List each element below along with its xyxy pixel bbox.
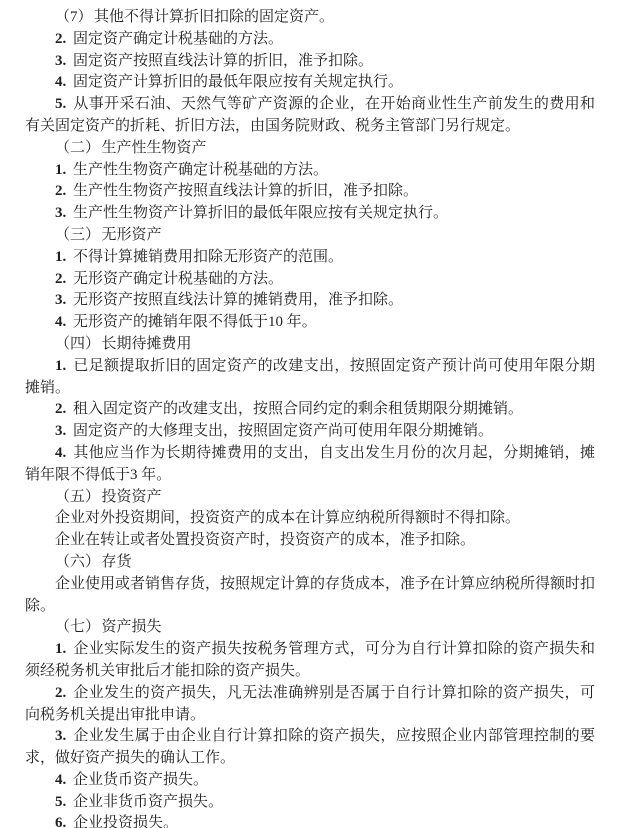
paragraph-text: 固定资产的大修理支出，按照固定资产尚可使用年限分期摊销。 bbox=[73, 423, 493, 439]
paragraph: （六）存货 bbox=[25, 552, 595, 574]
paragraph: 1.生产性生物资产确定计税基础的方法。 bbox=[25, 160, 595, 182]
paragraph-text: 企业发生的资产损失，凡无法准确辨别是否属于自行计算扣除的资产损失，可向税务机关提… bbox=[25, 685, 595, 723]
paragraph-text: 企业发生属于由企业自行计算扣除的资产损失，应按照企业内部管理控制的要求，做好资产… bbox=[25, 728, 595, 766]
paragraph-marker: 1. bbox=[55, 641, 66, 657]
paragraph: （三）无形资产 bbox=[25, 225, 595, 247]
paragraph-text: 资产损失 bbox=[102, 619, 162, 635]
paragraph: 3.固定资产的大修理支出，按照固定资产尚可使用年限分期摊销。 bbox=[25, 421, 595, 443]
paragraph-marker: 2. bbox=[55, 31, 66, 47]
paragraph: 4.固定资产计算折旧的最低年限应按有关规定执行。 bbox=[25, 72, 595, 94]
paragraph-text: 其他应当作为长期待摊费用的支出，自支出发生月份的次月起，分期摊销，摊销年限不得低… bbox=[25, 445, 595, 483]
paragraph: 5.企业非货币资产损失。 bbox=[25, 792, 595, 814]
paragraph-text: 企业投资损失。 bbox=[73, 815, 178, 828]
paragraph-text: 生产性生物资产 bbox=[102, 140, 207, 156]
document-page: （7）其他不得计算折旧扣除的固定资产。 2.固定资产确定计税基础的方法。 3.固… bbox=[0, 0, 620, 828]
paragraph-marker: 3. bbox=[55, 423, 66, 439]
paragraph-text: 投资资产 bbox=[102, 489, 162, 505]
paragraph-marker: 4. bbox=[55, 772, 66, 788]
paragraph: 3.无形资产按照直线法计算的摊销费用，准予扣除。 bbox=[25, 290, 595, 312]
paragraph-marker: （七） bbox=[55, 619, 100, 635]
paragraph: （四）长期待摊费用 bbox=[25, 334, 595, 356]
paragraph: 企业在转让或者处置投资资产时，投资资产的成本，准予扣除。 bbox=[25, 530, 595, 552]
paragraph-text: 无形资产按照直线法计算的摊销费用，准予扣除。 bbox=[73, 292, 403, 308]
paragraph-text: 企业在转让或者处置投资资产时，投资资产的成本，准予扣除。 bbox=[55, 532, 475, 548]
paragraph: （7）其他不得计算折旧扣除的固定资产。 bbox=[25, 7, 595, 29]
paragraph: 4.企业货币资产损失。 bbox=[25, 770, 595, 792]
paragraph-text: 企业实际发生的资产损失按税务管理方式，可分为自行计算扣除的资产损失和须经税务机关… bbox=[25, 641, 595, 679]
paragraph-text: 租入固定资产的改建支出，按照合同约定的剩余租赁期限分期摊销。 bbox=[73, 401, 523, 417]
paragraph-marker: 2. bbox=[55, 401, 66, 417]
paragraph-marker: 4. bbox=[55, 314, 66, 330]
paragraph: 4.无形资产的摊销年限不得低于10 年。 bbox=[25, 312, 595, 334]
paragraph: 4.其他应当作为长期待摊费用的支出，自支出发生月份的次月起，分期摊销，摊销年限不… bbox=[25, 443, 595, 487]
paragraph-text: 其他不得计算折旧扣除的固定资产。 bbox=[94, 9, 334, 25]
paragraph-marker: 4. bbox=[55, 74, 66, 90]
paragraph-text: 企业货币资产损失。 bbox=[73, 772, 208, 788]
paragraph: 2.无形资产确定计税基础的方法。 bbox=[25, 269, 595, 291]
paragraph-text: 已足额提取折旧的固定资产的改建支出，按照固定资产预计尚可使用年限分期摊销。 bbox=[25, 358, 595, 396]
paragraph: 3.固定资产按照直线法计算的折旧，准予扣除。 bbox=[25, 51, 595, 73]
paragraph: 2.生产性生物资产按照直线法计算的折旧，准予扣除。 bbox=[25, 181, 595, 203]
paragraph-text: 固定资产确定计税基础的方法。 bbox=[73, 31, 283, 47]
paragraph-marker: （三） bbox=[55, 227, 100, 243]
paragraph-marker: 2. bbox=[55, 183, 66, 199]
paragraph: 5.从事开采石油、天然气等矿产资源的企业，在开始商业性生产前发生的费用和有关固定… bbox=[25, 94, 595, 138]
paragraph-text: 企业对外投资期间，投资资产的成本在计算应纳税所得额时不得扣除。 bbox=[55, 510, 520, 526]
paragraph-marker: （四） bbox=[55, 336, 100, 352]
paragraph-marker: 3. bbox=[55, 53, 66, 69]
document-body: （7）其他不得计算折旧扣除的固定资产。 2.固定资产确定计税基础的方法。 3.固… bbox=[25, 7, 595, 828]
paragraph-text: 企业使用或者销售存货，按照规定计算的存货成本，准予在计算应纳税所得额时扣除。 bbox=[25, 576, 595, 614]
paragraph-text: 无形资产确定计税基础的方法。 bbox=[73, 271, 283, 287]
paragraph: 企业对外投资期间，投资资产的成本在计算应纳税所得额时不得扣除。 bbox=[25, 508, 595, 530]
paragraph-text: 固定资产按照直线法计算的折旧，准予扣除。 bbox=[73, 53, 373, 69]
paragraph-text: 不得计算摊销费用扣除无形资产的范围。 bbox=[73, 249, 343, 265]
paragraph: 2.租入固定资产的改建支出，按照合同约定的剩余租赁期限分期摊销。 bbox=[25, 399, 595, 421]
paragraph: （五）投资资产 bbox=[25, 487, 595, 509]
paragraph-marker: 6. bbox=[55, 815, 66, 828]
paragraph-text: 生产性生物资产确定计税基础的方法。 bbox=[73, 162, 328, 178]
paragraph-marker: 2. bbox=[55, 685, 66, 701]
paragraph: 3.企业发生属于由企业自行计算扣除的资产损失，应按照企业内部管理控制的要求，做好… bbox=[25, 726, 595, 770]
paragraph-text: 生产性生物资产按照直线法计算的折旧，准予扣除。 bbox=[73, 183, 418, 199]
paragraph-marker: （六） bbox=[55, 554, 100, 570]
paragraph: 1.不得计算摊销费用扣除无形资产的范围。 bbox=[25, 247, 595, 269]
paragraph-marker: （7） bbox=[55, 9, 93, 25]
paragraph-text: 长期待摊费用 bbox=[102, 336, 192, 352]
paragraph: 1.已足额提取折旧的固定资产的改建支出，按照固定资产预计尚可使用年限分期摊销。 bbox=[25, 356, 595, 400]
paragraph-text: 从事开采石油、天然气等矿产资源的企业，在开始商业性生产前发生的费用和有关固定资产… bbox=[25, 96, 595, 134]
paragraph-text: 生产性生物资产计算折旧的最低年限应按有关规定执行。 bbox=[73, 205, 448, 221]
paragraph-marker: 1. bbox=[55, 249, 66, 265]
paragraph-text: 企业非货币资产损失。 bbox=[73, 794, 223, 810]
paragraph-marker: 5. bbox=[55, 794, 66, 810]
paragraph-text: 存货 bbox=[102, 554, 132, 570]
paragraph: 1.企业实际发生的资产损失按税务管理方式，可分为自行计算扣除的资产损失和须经税务… bbox=[25, 639, 595, 683]
paragraph-text: 固定资产计算折旧的最低年限应按有关规定执行。 bbox=[73, 74, 403, 90]
paragraph-text: 无形资产的摊销年限不得低于10 年。 bbox=[73, 314, 317, 330]
paragraph-marker: 2. bbox=[55, 271, 66, 287]
paragraph-marker: 1. bbox=[55, 358, 66, 374]
paragraph-text: 无形资产 bbox=[102, 227, 162, 243]
paragraph-marker: 5. bbox=[55, 96, 66, 112]
paragraph-marker: （二） bbox=[55, 140, 100, 156]
paragraph: 3.生产性生物资产计算折旧的最低年限应按有关规定执行。 bbox=[25, 203, 595, 225]
paragraph-marker: 1. bbox=[55, 162, 66, 178]
paragraph-marker: 3. bbox=[55, 292, 66, 308]
paragraph: 2.企业发生的资产损失，凡无法准确辨别是否属于自行计算扣除的资产损失，可向税务机… bbox=[25, 683, 595, 727]
paragraph: （二）生产性生物资产 bbox=[25, 138, 595, 160]
paragraph: 2.固定资产确定计税基础的方法。 bbox=[25, 29, 595, 51]
paragraph: （七）资产损失 bbox=[25, 617, 595, 639]
paragraph-marker: 3. bbox=[55, 728, 66, 744]
paragraph: 企业使用或者销售存货，按照规定计算的存货成本，准予在计算应纳税所得额时扣除。 bbox=[25, 574, 595, 618]
paragraph-marker: （五） bbox=[55, 489, 100, 505]
paragraph-marker: 3. bbox=[55, 205, 66, 221]
paragraph-marker: 4. bbox=[55, 445, 66, 461]
paragraph: 6.企业投资损失。 bbox=[25, 813, 595, 828]
